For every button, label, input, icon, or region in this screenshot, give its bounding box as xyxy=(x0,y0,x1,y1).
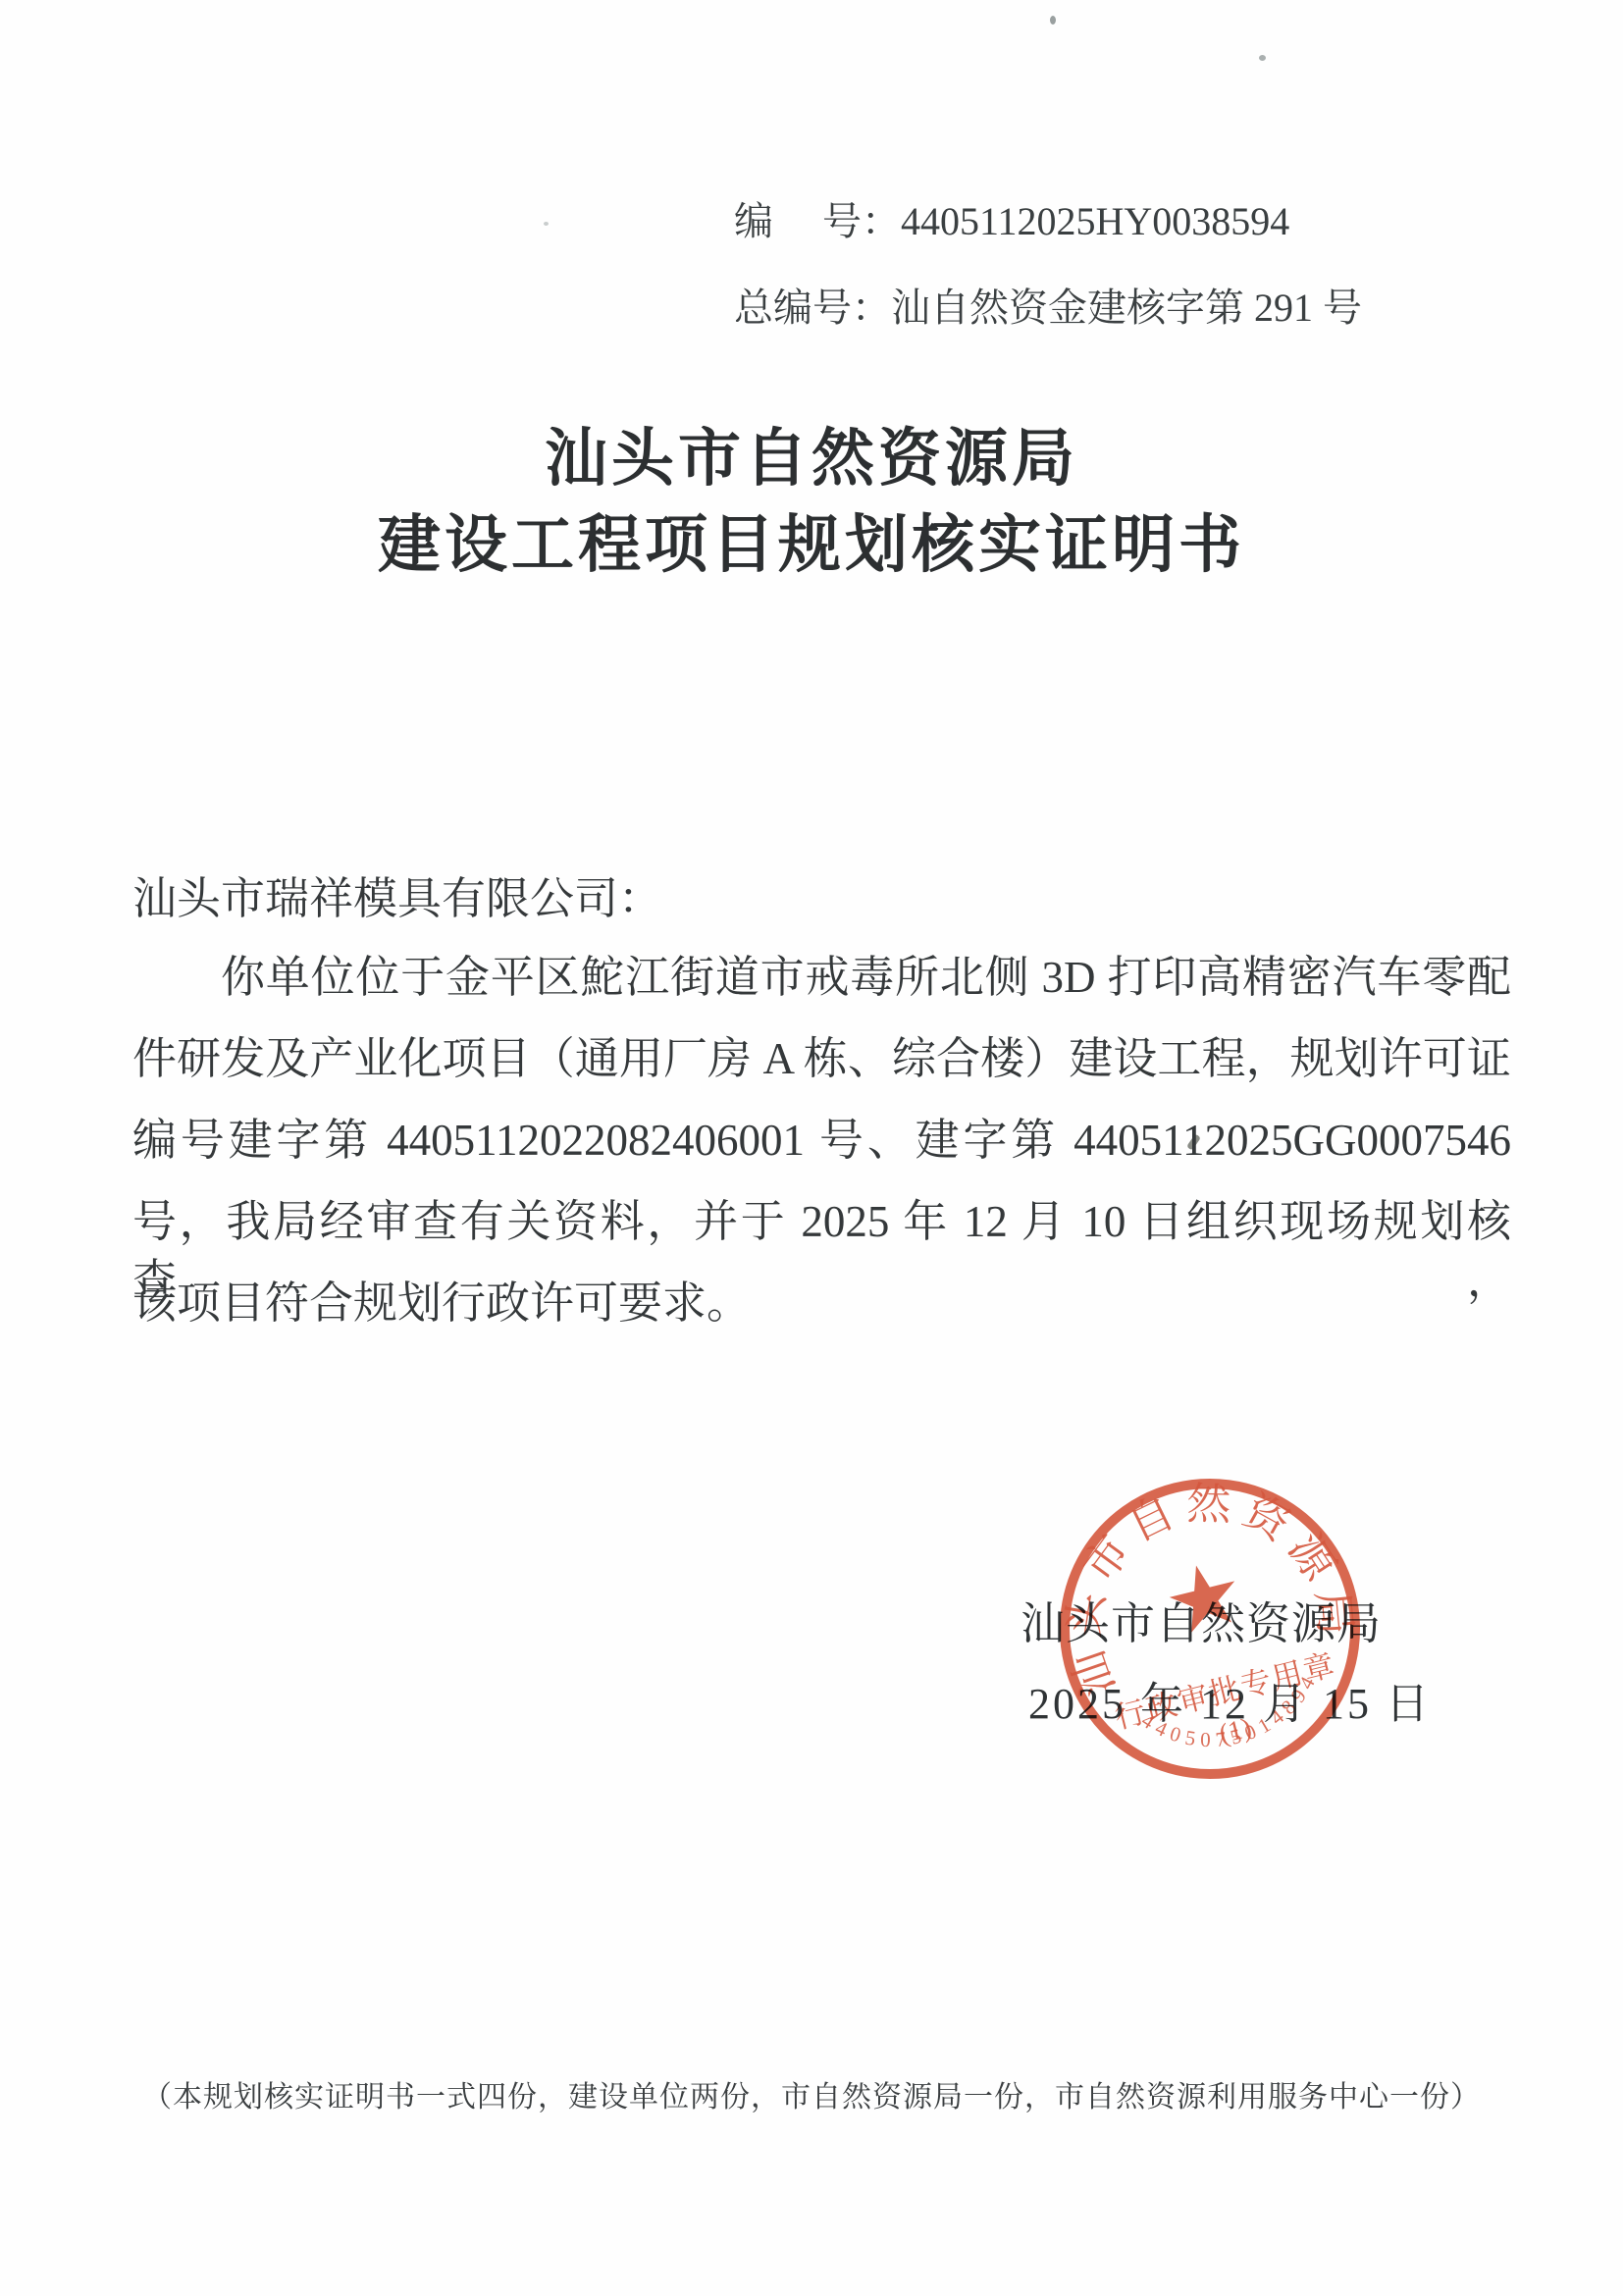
paragraph-line: 你单位位于金平区鮀江街道市戒毒所北侧 3D 打印高精密汽车零配 xyxy=(132,948,1511,1029)
document-body: 汕头市瑞祥模具有限公司： 你单位位于金平区鮀江街道市戒毒所北侧 3D 打印高精密… xyxy=(132,869,1511,1355)
document-title: 汕头市自然资源局 建设工程项目规划核实证明书 xyxy=(0,416,1623,589)
paragraph-line: 号，我局经审查有关资料，并于 2025 年 12 月 10 日组织现场规划核查， xyxy=(132,1192,1511,1274)
document-page: 编 号：4405112025HY0038594 总编号：汕自然资金建核字第 29… xyxy=(0,0,1623,2296)
scan-speck xyxy=(1050,16,1056,25)
scan-speck xyxy=(1259,55,1266,61)
addressee-line: 汕头市瑞祥模具有限公司： xyxy=(132,869,1511,928)
paragraph-line: 件研发及产业化项目（通用厂房 A 栋、综合楼）建设工程，规划许可证 xyxy=(132,1029,1511,1111)
serial-header: 编 号：4405112025HY0038594 总编号：汕自然资金建核字第 29… xyxy=(734,179,1362,351)
paragraph-line: 编号建字第 4405112022082406001 号、建字第 44051120… xyxy=(132,1111,1511,1192)
title-line-certificate: 建设工程项目规划核实证明书 xyxy=(0,502,1623,589)
official-red-seal: 汕头市自然资源局 行政审批专用章 (1) 4405075014894 xyxy=(1048,1467,1372,1791)
master-serial-line: 总编号：汕自然资金建核字第 291 号 xyxy=(734,265,1362,351)
title-line-authority: 汕头市自然资源局 xyxy=(0,416,1623,502)
scan-speck xyxy=(544,222,549,226)
body-paragraph: 你单位位于金平区鮀江街道市戒毒所北侧 3D 打印高精密汽车零配 件研发及产业化项… xyxy=(132,948,1511,1355)
seal-star-icon xyxy=(1164,1557,1244,1636)
footer-copies-note: （本规划核实证明书一式四份，建设单位两份，市自然资源局一份，市自然资源利用服务中… xyxy=(0,2072,1623,2115)
serial-number-line: 编 号：4405112025HY0038594 xyxy=(734,179,1362,265)
